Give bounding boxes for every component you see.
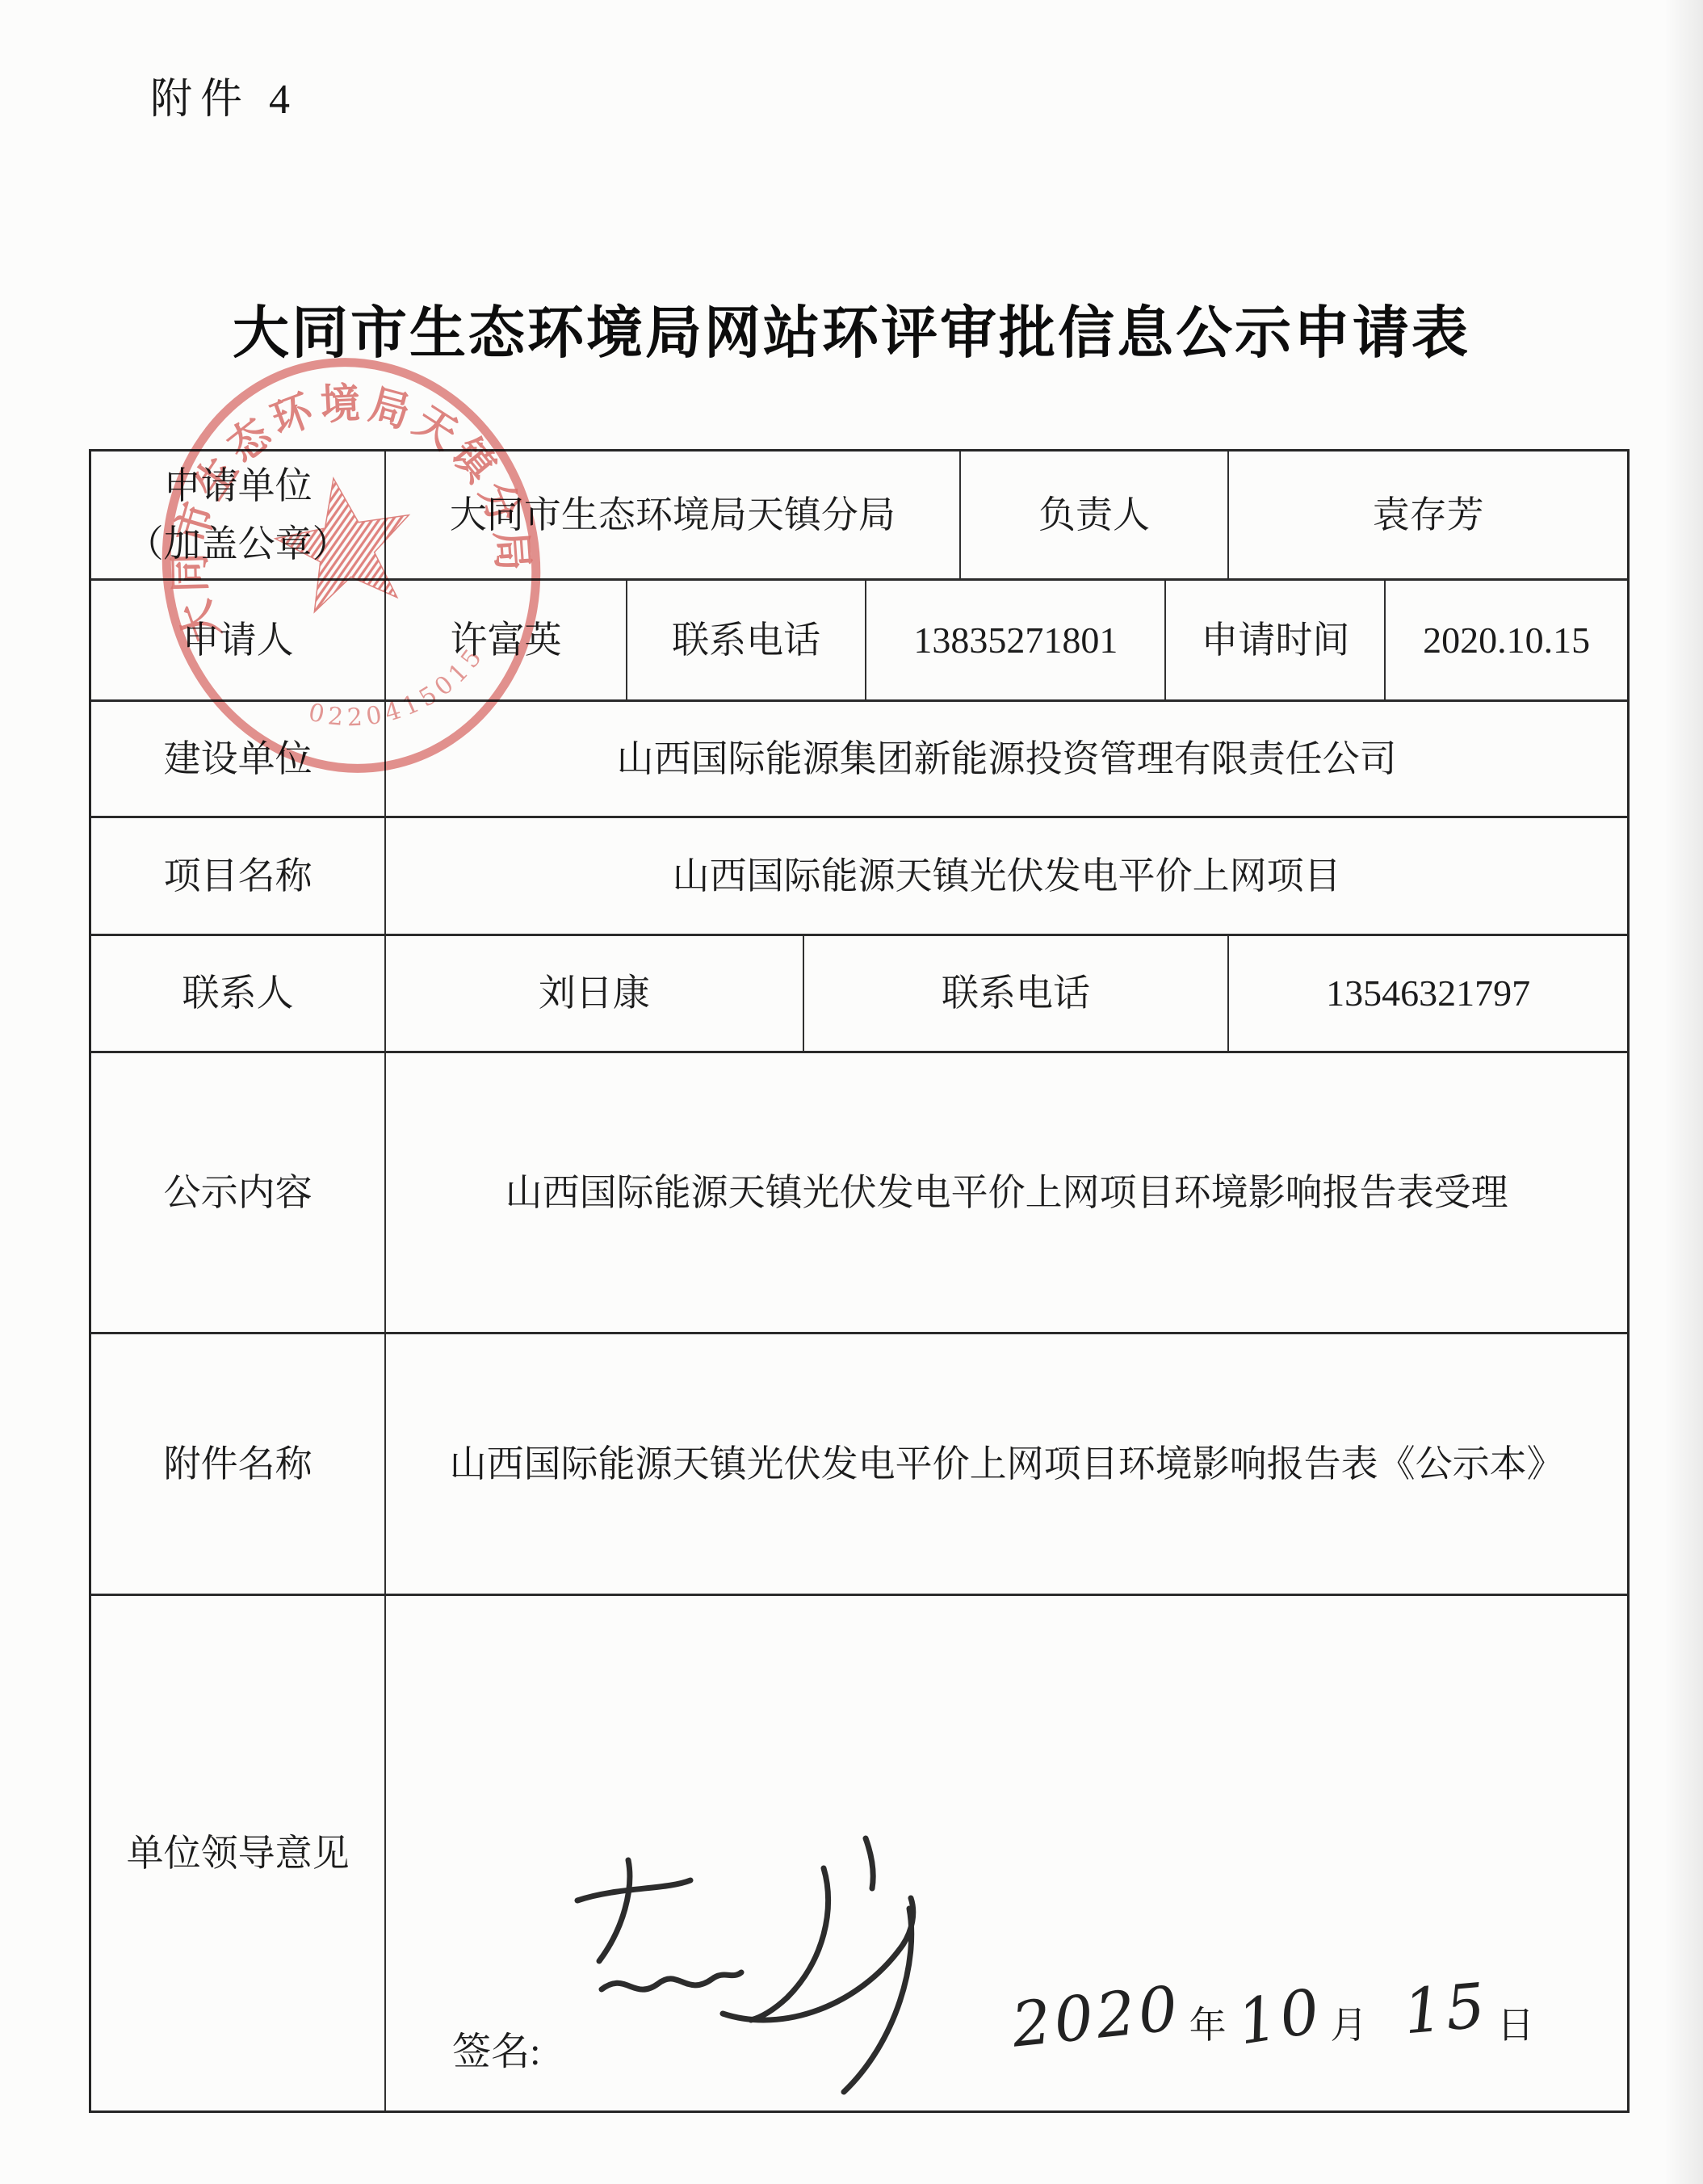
applicant-unit-label-cell: 申请单位 （加盖公章） [91,451,386,578]
construction-unit-label: 建设单位 [91,702,386,816]
table-row-leader-opinion: 单位领导意见 签名: 2020 年 [91,1596,1627,2110]
applicant-phone-value: 13835271801 [866,581,1166,699]
scanned-document-page: 附件 4 大同市生态环境局网站环评审批信息公示申请表 申请单位 （加盖公章） 大… [0,0,1703,2184]
leader-opinion-label: 单位领导意见 [91,1596,386,2110]
attachment-name-label: 附件名称 [91,1334,386,1594]
table-row-construction-unit: 建设单位 山西国际能源集团新能源投资管理有限责任公司 [91,702,1627,818]
attachment-label: 附件 4 [150,65,298,125]
apply-time-label: 申请时间 [1166,581,1386,699]
handwritten-date: 2020 年 10 月 15 日 [1012,1969,1534,2064]
table-row-attachment-name: 附件名称 山西国际能源天镇光伏发电平价上网项目环境影响报告表《公示本》 [91,1334,1627,1596]
apply-time-value: 2020.10.15 [1386,581,1627,699]
applicant-phone-label: 联系电话 [627,581,867,699]
applicant-unit-label-note: （加盖公章） [127,515,350,573]
responsible-person-label: 负责人 [961,451,1230,578]
handwritten-signature [557,1832,937,2098]
attachment-name-value: 山西国际能源天镇光伏发电平价上网项目环境影响报告表《公示本》 [386,1334,1627,1594]
date-year-unit: 年 [1189,1997,1227,2054]
applicant-value: 许富英 [386,581,627,699]
page-title: 大同市生态环境局网站环评审批信息公示申请表 [0,288,1703,369]
publicity-content-value: 山西国际能源天镇光伏发电平价上网项目环境影响报告表受理 [386,1053,1627,1332]
table-row-publicity-content: 公示内容 山西国际能源天镇光伏发电平价上网项目环境影响报告表受理 [91,1053,1627,1334]
contact-phone-value: 13546321797 [1229,936,1627,1051]
project-name-label: 项目名称 [91,818,386,934]
table-row-project-name: 项目名称 山西国际能源天镇光伏发电平价上网项目 [91,818,1627,936]
date-day-unit: 日 [1497,1997,1534,2054]
responsible-person-value: 袁存芳 [1229,451,1627,578]
publicity-content-label: 公示内容 [91,1053,386,1332]
signature-label: 签名: [452,2022,540,2082]
table-row-applicant: 申请人 许富英 联系电话 13835271801 申请时间 2020.10.15 [91,581,1627,702]
table-row-contact: 联系人 刘日康 联系电话 13546321797 [91,936,1627,1053]
construction-unit-value: 山西国际能源集团新能源投资管理有限责任公司 [386,702,1627,816]
applicant-unit-value: 大同市生态环境局天镇分局 [386,451,960,578]
contact-phone-label: 联系电话 [804,936,1230,1051]
date-month-unit: 月 [1330,1997,1367,2054]
applicant-unit-label: 申请单位 [127,457,350,514]
contact-label: 联系人 [91,936,386,1051]
project-name-value: 山西国际能源天镇光伏发电平价上网项目 [386,818,1627,934]
date-month-hand: 10 [1231,1963,1329,2071]
applicant-label: 申请人 [91,581,386,699]
date-year-hand: 2020 [1008,1960,1186,2073]
contact-value: 刘日康 [386,936,803,1051]
leader-opinion-cell: 签名: 2020 年 10 月 [386,1596,1627,2110]
application-form-table: 申请单位 （加盖公章） 大同市生态环境局天镇分局 负责人 袁存芳 申请人 许富英… [89,449,1630,2113]
date-day-hand: 15 [1400,1958,1493,2060]
table-row-applicant-unit: 申请单位 （加盖公章） 大同市生态环境局天镇分局 负责人 袁存芳 [91,451,1627,581]
